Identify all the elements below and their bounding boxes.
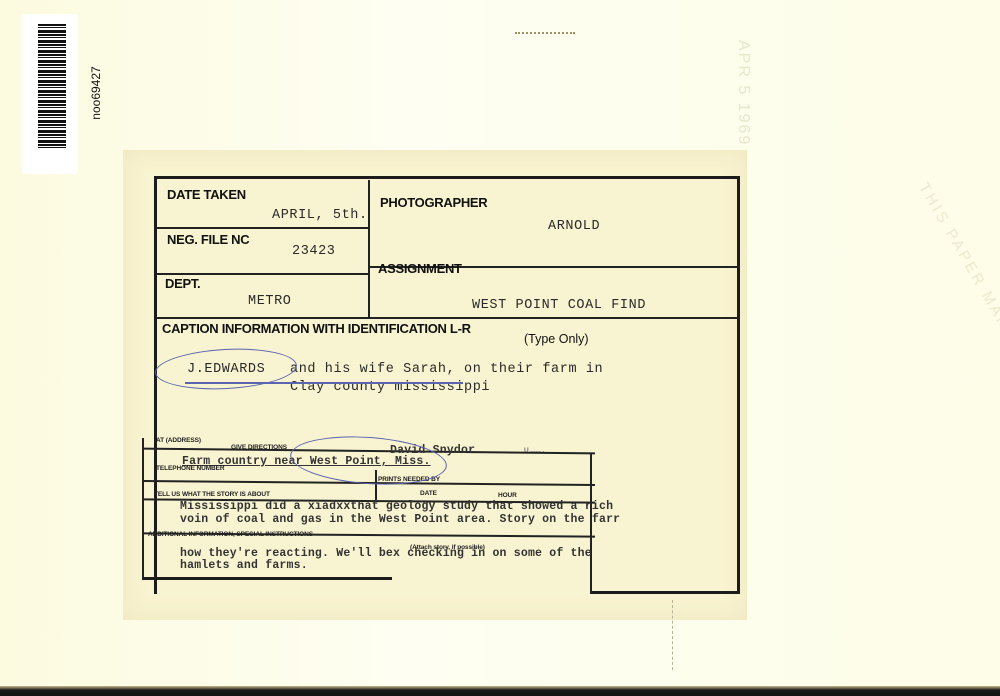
story-line1: Mississippi did a xiadxxthat geology stu… xyxy=(180,500,613,513)
story-line2: voin of coal and gas in the West Point a… xyxy=(180,513,620,526)
additional-info-label: ADDITIONAL INFORMATION, SPECIAL INSTRUCT… xyxy=(148,531,313,538)
date-taken-label: DATE TAKEN xyxy=(167,187,246,202)
form-border-bottom-right xyxy=(590,591,740,594)
pencil-scribble xyxy=(515,32,575,37)
neg-file-value: 23423 xyxy=(292,244,336,259)
photographer-label: PHOTOGRAPHER xyxy=(380,195,487,210)
slip-border-bottom xyxy=(142,577,392,580)
hour-label: HOUR xyxy=(498,492,517,499)
scan-bottom-edge xyxy=(0,686,1000,696)
caption-label: CAPTION INFORMATION WITH IDENTIFICATION … xyxy=(162,321,471,336)
additional-line2: hamlets and farms. xyxy=(180,559,308,572)
date-taken-value: APRIL, 5th. xyxy=(272,208,368,223)
barcode-icon xyxy=(38,24,66,148)
divider-date xyxy=(156,227,368,229)
slip-border-left xyxy=(142,438,144,579)
neg-file-label: NEG. FILE NC xyxy=(167,232,249,247)
assignment-label: ASSIGNMENT xyxy=(378,261,462,276)
caption-line1: and his wife Sarah, on their farm in xyxy=(290,362,603,377)
reporter-label-clipped: U ...... . xyxy=(524,447,544,454)
assignment-value: WEST POINT COAL FIND xyxy=(472,298,646,313)
photographer-value: ARNOLD xyxy=(548,219,600,234)
paper-crease xyxy=(672,600,674,670)
label-code-text: noo69427 xyxy=(89,23,103,163)
divider-caption xyxy=(156,317,740,319)
caption-type-only-note: (Type Only) xyxy=(524,332,589,346)
directions-label: GIVE DIRECTIONS xyxy=(231,444,287,451)
date-label: DATE xyxy=(420,490,437,497)
dept-value: METRO xyxy=(248,294,292,309)
ink-underline-caption xyxy=(185,382,463,384)
telephone-label: TELEPHONE NUMBER xyxy=(156,465,224,472)
dept-label: DEPT. xyxy=(165,276,200,291)
form-column-divider xyxy=(368,180,370,318)
story-label: TELL US WHAT THE STORY IS ABOUT xyxy=(154,491,270,498)
divider-neg xyxy=(156,273,368,275)
address-label: AT (ADDRESS) xyxy=(156,437,201,444)
date-stamp-faint: APR 5 1969 xyxy=(734,40,752,160)
